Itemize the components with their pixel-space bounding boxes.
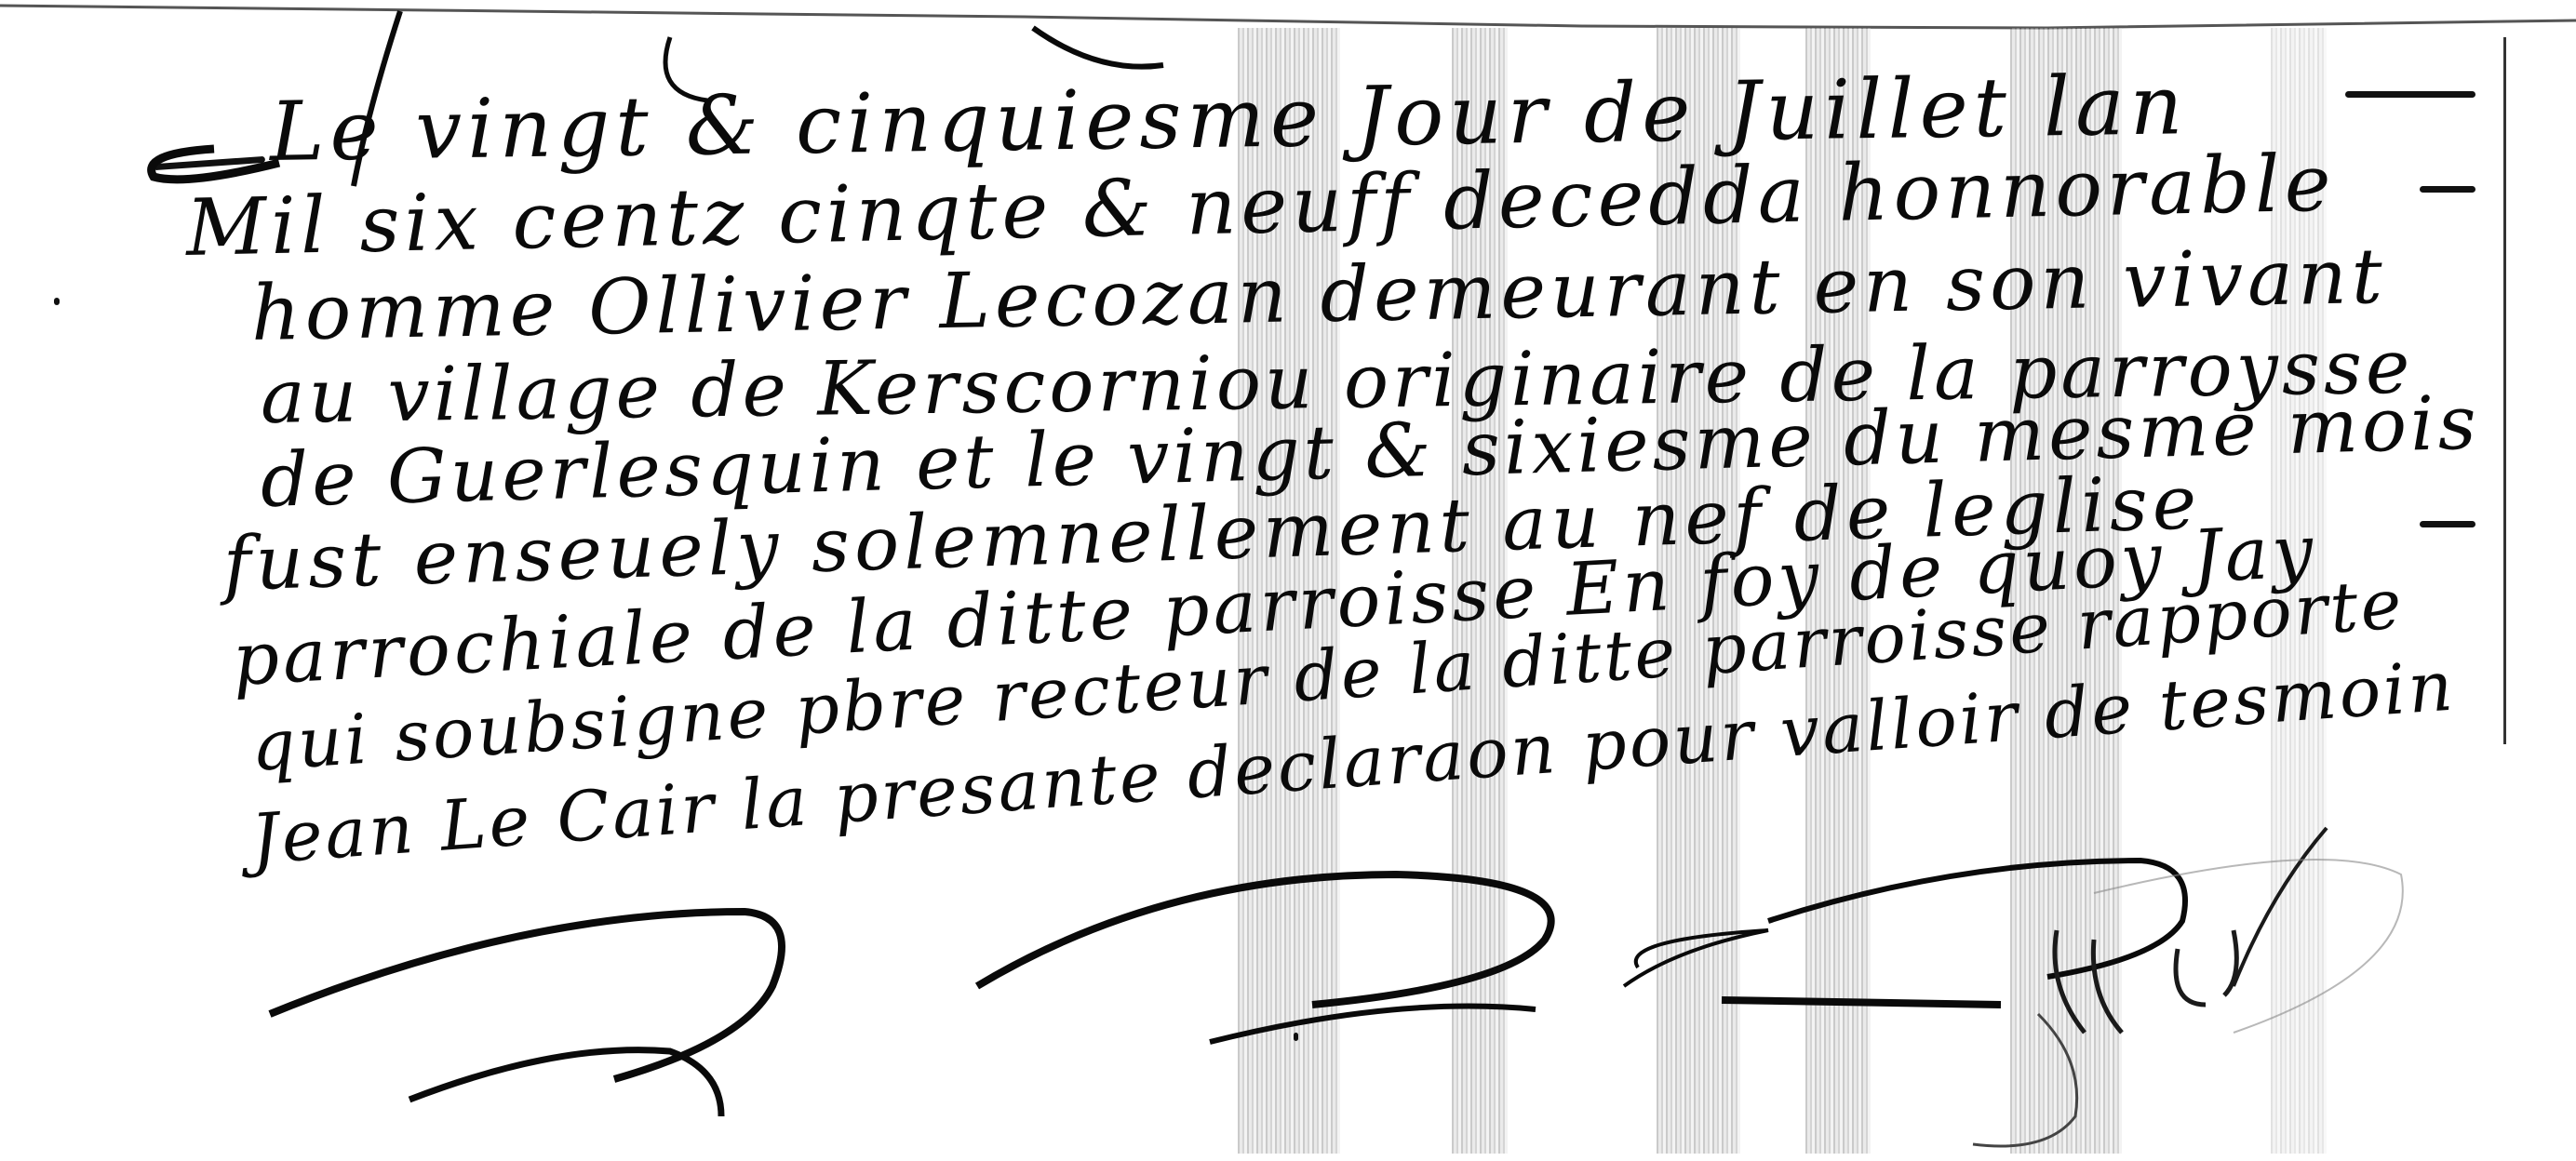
record-right-border (2503, 37, 2506, 744)
margin-dash (2420, 521, 2475, 527)
scanned-page: Le vingt & cinquiesme Jour de Juillet la… (0, 0, 2576, 1161)
margin-dash (2345, 91, 2475, 98)
ink-dot (1294, 1033, 1298, 1041)
document-sheet: Le vingt & cinquiesme Jour de Juillet la… (0, 0, 2576, 1161)
margin-dash (154, 156, 265, 170)
margin-dash (2420, 186, 2475, 193)
paraph-1 (270, 912, 782, 1079)
ink-dot (54, 298, 60, 305)
